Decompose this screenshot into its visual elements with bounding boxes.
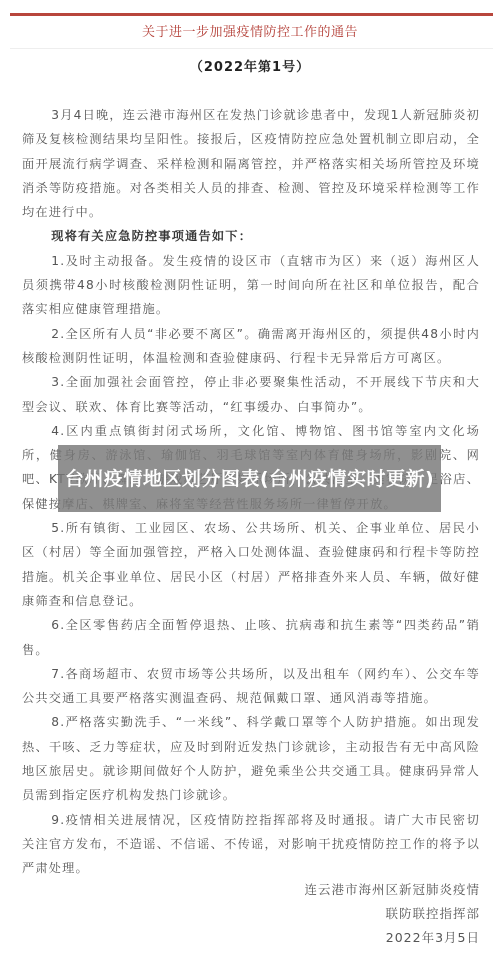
notice-item-6: 6.全区零售药店全面暂停退热、止咳、抗病毒和抗生素等“四类药品”销售。 xyxy=(22,613,480,662)
overlay-caption-text: 台州疫情地区划分图表(台州疫情实时更新) xyxy=(59,466,440,492)
notice-item-9: 9.疫情相关进展情况，区疫情防控指挥部将及时通报。请广大市民密切关注官方发布，不… xyxy=(22,808,480,881)
notice-item-2: 2.全区所有人员“非必要不离区”。确需离开海州区的，须提供48小时内核酸检测阴性… xyxy=(22,322,480,371)
top-red-rule xyxy=(10,13,493,16)
signature-org-line1: 连云港市海州区新冠肺炎疫情 xyxy=(304,878,480,902)
notice-item-8: 8.严格落实勤洗手、“一米线”、科学戴口罩等个人防护措施。如出现发热、干咳、乏力… xyxy=(22,710,480,807)
signature-date: 2022年3月5日 xyxy=(304,926,480,950)
notice-item-3: 3.全面加强社会面管控，停止非必要聚集性活动，不开展线下节庆和大型会议、联欢、体… xyxy=(22,370,480,419)
notice-item-5: 5.所有镇街、工业园区、农场、公共场所、机关、企事业单位、居民小区（村居）等全面… xyxy=(22,516,480,613)
section-heading: 现将有关应急防控事项通告如下： xyxy=(22,224,480,248)
signature-block: 连云港市海州区新冠肺炎疫情 联防联控指挥部 2022年3月5日 xyxy=(304,878,480,950)
notice-item-7: 7.各商场超市、农贸市场等公共场所，以及出租车（网约车）、公交车等公共交通工具要… xyxy=(22,662,480,711)
document-title: 关于进一步加强疫情防控工作的通告 xyxy=(0,22,500,44)
notice-item-1: 1.及时主动报备。发生疫情的设区市（直辖市为区）来（返）海州区人员须携带48小时… xyxy=(22,249,480,322)
document-number: （2022年第1号） xyxy=(0,57,500,79)
caption-overlay: 台州疫情地区划分图表(台州疫情实时更新) xyxy=(58,445,441,512)
title-divider xyxy=(10,48,493,49)
intro-paragraph: 3月4日晚，连云港市海州区在发热门诊就诊患者中，发现1人新冠肺炎初筛及复核检测结… xyxy=(22,103,480,224)
signature-org-line2: 联防联控指挥部 xyxy=(304,902,480,926)
